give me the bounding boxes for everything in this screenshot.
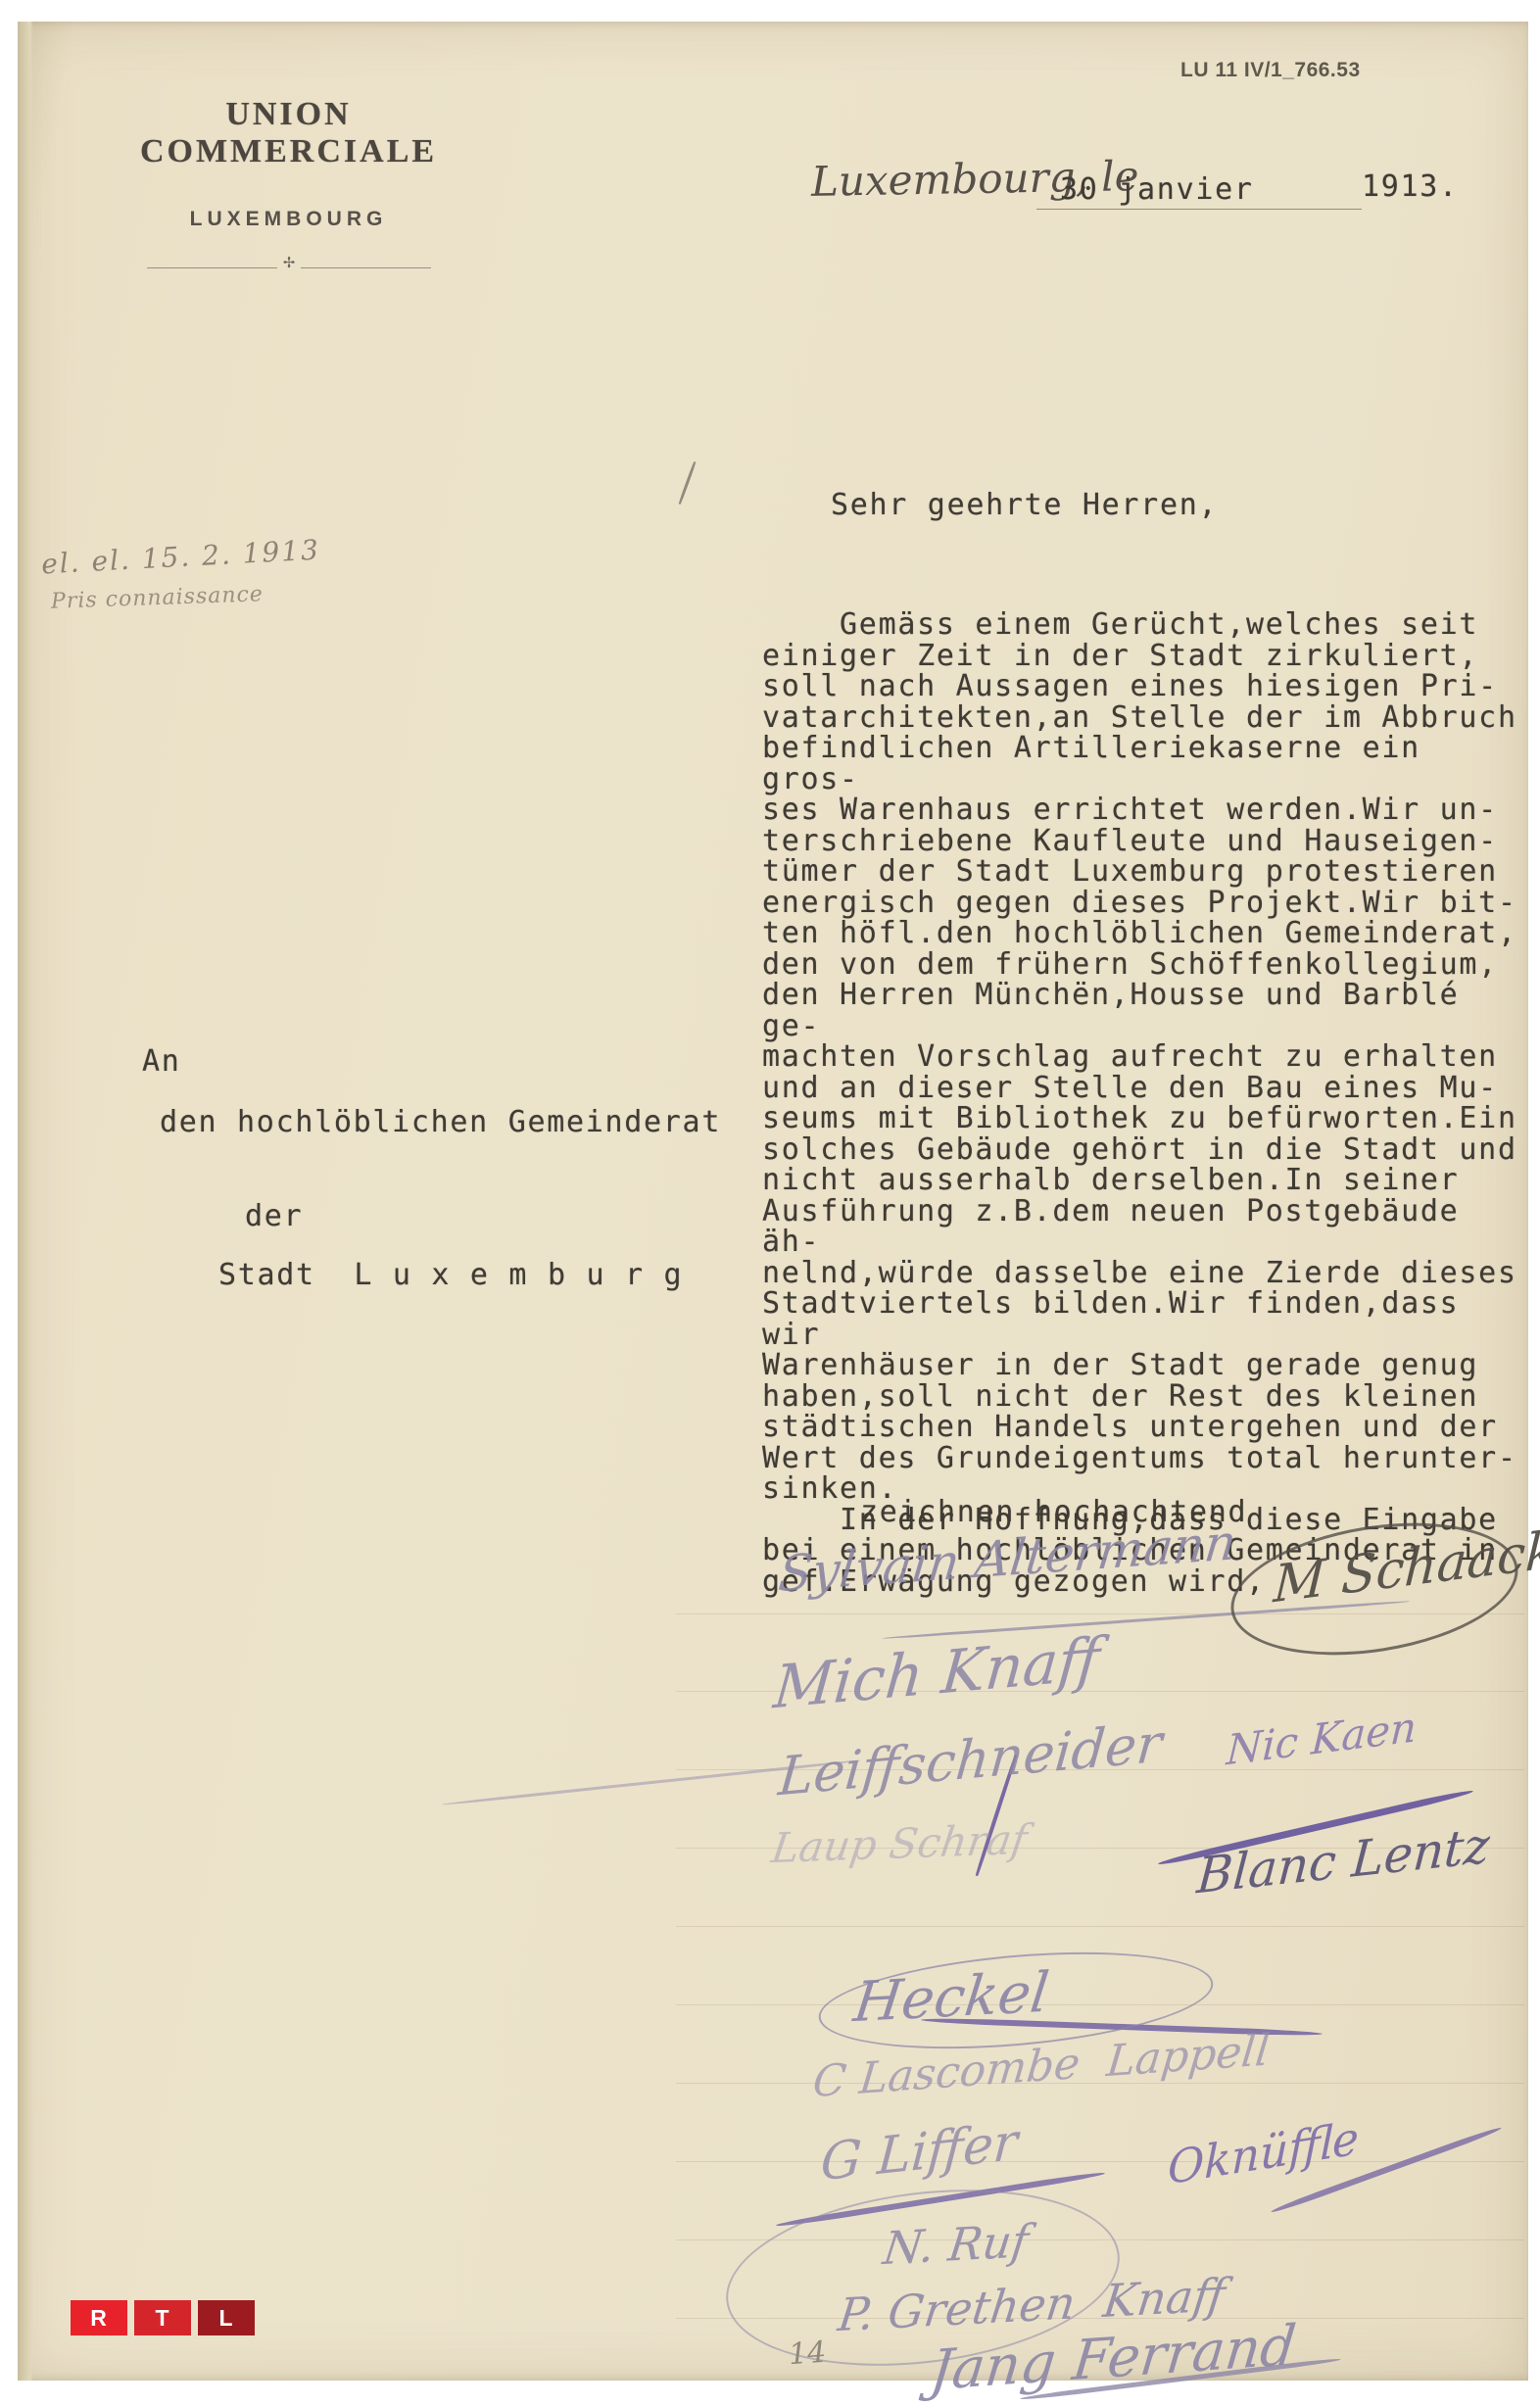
paper-left-edge: [18, 22, 33, 2381]
scanned-letter-page: { "archive_reference": "LU 11 IV/1_766.5…: [0, 0, 1540, 2407]
rtl-logo: RTL: [71, 2300, 255, 2335]
divider-ornament-icon: ✢: [277, 257, 302, 270]
salutation: Sehr geehrte Herren,: [831, 490, 1218, 521]
recipient-line-der: der: [245, 1201, 303, 1232]
signature: N. Ruf: [881, 2214, 1032, 2275]
dateline-date: 30 janvier: [1060, 174, 1254, 206]
archive-reference: LU 11 IV/1_766.53: [1180, 59, 1361, 82]
recipient-line-stadt: Stadt L u x e m b u r g: [218, 1260, 683, 1291]
rtl-logo-letter: T: [134, 2300, 191, 2335]
letterhead-divider: ✢: [147, 261, 431, 274]
ledger-line: [676, 1926, 1524, 1927]
signature: Heckel: [850, 1960, 1052, 2035]
dateline-underline: [1036, 209, 1362, 210]
letterhead-city: LUXEMBOURG: [120, 208, 457, 231]
letter-body: Gemäss einem Gerücht,welches seit einige…: [762, 609, 1521, 1597]
signature: Laup Schraf: [769, 1815, 1031, 1872]
recipient-line-an: An: [142, 1046, 181, 1078]
rtl-logo-letter: R: [71, 2300, 127, 2335]
rtl-logo-letter: L: [198, 2300, 255, 2335]
recipient-line-gemeinderat: den hochlöblichen Gemeinderat: [160, 1107, 721, 1138]
letterhead-organization: UNION COMMERCIALE: [120, 96, 457, 170]
dateline-year: 1913.: [1362, 171, 1459, 203]
page-number: 14: [788, 2335, 828, 2373]
